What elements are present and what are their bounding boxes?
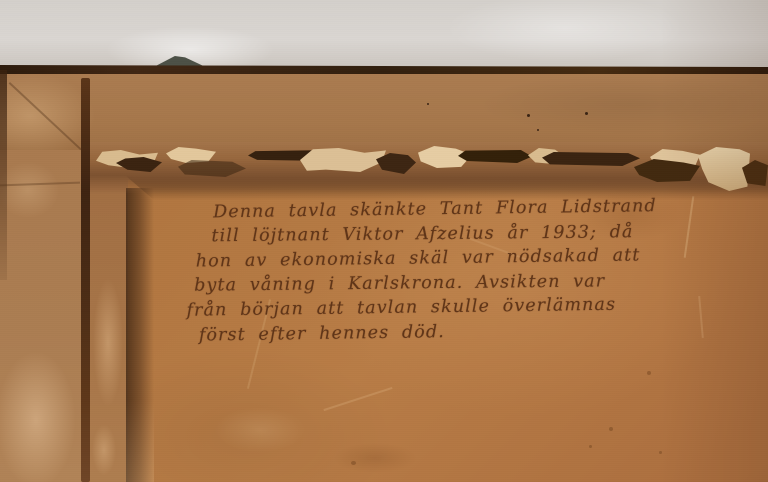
board-freckle bbox=[647, 371, 651, 375]
speck bbox=[585, 112, 588, 115]
wall-background bbox=[0, 0, 768, 72]
board-stain bbox=[320, 438, 430, 478]
board-freckle bbox=[351, 461, 356, 465]
speck bbox=[527, 114, 530, 117]
crease-highlight bbox=[87, 415, 121, 482]
speck bbox=[537, 129, 539, 131]
frame-left-outer-shadow bbox=[0, 70, 7, 280]
board-stain bbox=[200, 400, 320, 460]
photo-back-of-painting: Denna tavla skänkte Tant Flora Lidstrand… bbox=[0, 0, 768, 482]
frame-left-border-paper bbox=[0, 150, 88, 482]
paper-shard bbox=[300, 148, 386, 172]
tear-gap bbox=[458, 150, 532, 163]
torn-paper-edge bbox=[90, 142, 768, 194]
tear-gap bbox=[178, 160, 246, 177]
crease-highlight bbox=[89, 255, 127, 430]
speck bbox=[427, 103, 429, 105]
paper-shard bbox=[698, 147, 750, 191]
inner-recess-shadow-left bbox=[126, 188, 154, 482]
board-freckle bbox=[609, 427, 613, 431]
board-freckle bbox=[589, 445, 592, 448]
tear-gap bbox=[542, 152, 640, 166]
board-freckle bbox=[659, 451, 662, 454]
handwritten-inscription: Denna tavla skänkte Tant Flora Lidstrand… bbox=[185, 193, 717, 348]
